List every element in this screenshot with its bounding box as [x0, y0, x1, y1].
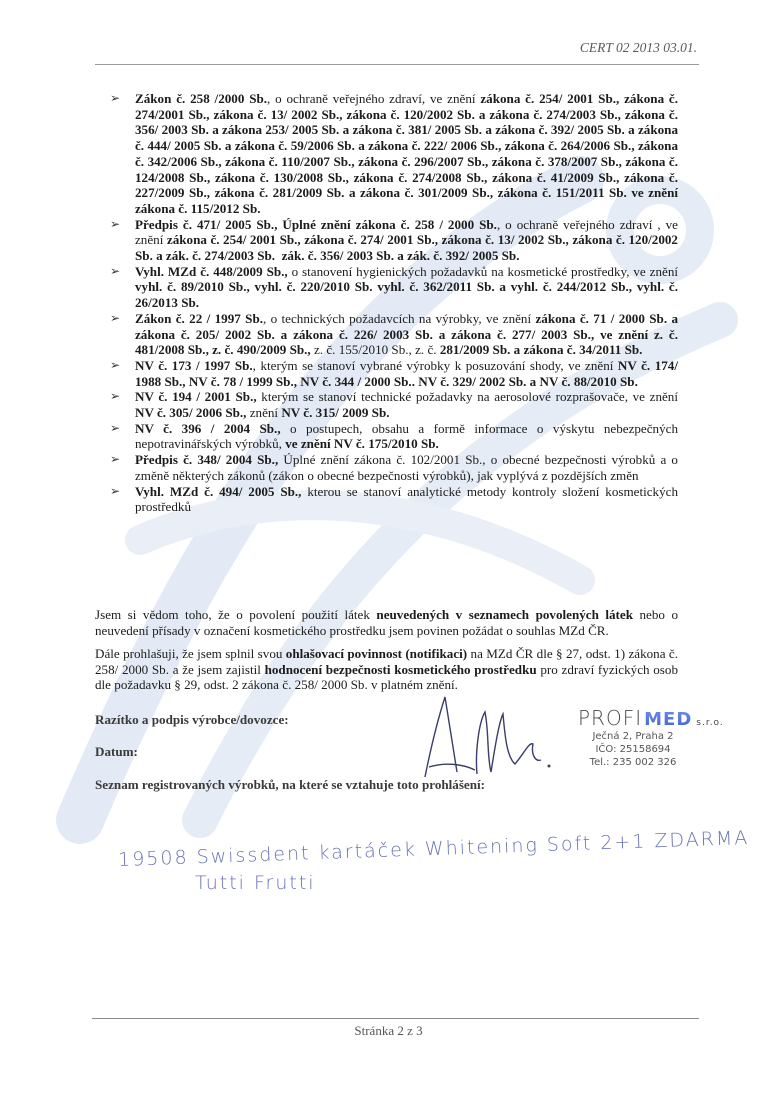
arrow-bullet-icon: ➢	[110, 358, 120, 374]
logo-prefix: PROFI	[578, 706, 642, 730]
legislation-item: ➢Vyhl. MZd č. 448/2009 Sb., o stanovení …	[110, 264, 678, 311]
stamp-address: Ječná 2, Praha 2	[578, 730, 688, 743]
legislation-text: Předpis č. 471/ 2005 Sb., Úplné znění zá…	[135, 217, 678, 263]
arrow-bullet-icon: ➢	[110, 91, 120, 107]
company-logo: PROFIMEDs.r.o.	[578, 706, 728, 730]
page-number: Stránka 2 z 3	[0, 1023, 777, 1039]
stamp-ico: IČO: 25158694	[578, 743, 688, 756]
legislation-item: ➢Vyhl. MZd č. 494/ 2005 Sb., kterou se s…	[110, 484, 678, 515]
legislation-text: NV č. 396 / 2004 Sb., o postupech, obsah…	[135, 421, 678, 452]
legislation-item: ➢NV č. 173 / 1997 Sb., kterým se stanoví…	[110, 358, 678, 389]
legislation-item: ➢Zákon č. 258 /2000 Sb., o ochraně veřej…	[110, 91, 678, 217]
legislation-text: Předpis č. 348/ 2004 Sb., Úplné znění zá…	[135, 452, 678, 483]
arrow-bullet-icon: ➢	[110, 452, 120, 468]
legislation-text: NV č. 194 / 2001 Sb., kterým se stanoví …	[135, 389, 678, 420]
legislation-text: Vyhl. MZd č. 494/ 2005 Sb., kterou se st…	[135, 484, 678, 515]
legislation-item: ➢NV č. 396 / 2004 Sb., o postupech, obsa…	[110, 421, 678, 452]
arrow-bullet-icon: ➢	[110, 389, 120, 405]
legislation-item: ➢Předpis č. 471/ 2005 Sb., Úplné znění z…	[110, 217, 678, 264]
stamp-signature-label: Razítko a podpis výrobce/dovozce:	[95, 712, 289, 728]
legislation-text: Zákon č. 22 / 1997 Sb., o technických po…	[135, 311, 678, 357]
arrow-bullet-icon: ➢	[110, 217, 120, 233]
company-stamp: PROFIMEDs.r.o. Ječná 2, Praha 2 IČO: 251…	[578, 706, 728, 769]
legislation-text: NV č. 173 / 1997 Sb., kterým se stanoví …	[135, 358, 678, 389]
legislation-item: ➢NV č. 194 / 2001 Sb., kterým se stanoví…	[110, 389, 678, 420]
legal-form: s.r.o.	[696, 718, 724, 728]
legislation-text: Vyhl. MZd č. 448/2009 Sb., o stanovení h…	[135, 264, 678, 310]
arrow-bullet-icon: ➢	[110, 311, 120, 327]
declaration-notification: Dále prohlašuji, že jsem splnil svou ohl…	[95, 646, 678, 693]
declaration-unlisted-substances: Jsem si vědom toho, že o povolení použit…	[95, 607, 678, 638]
footer-divider	[92, 1018, 699, 1019]
handwritten-signature	[415, 692, 565, 782]
header-divider	[95, 64, 699, 65]
legislation-list: ➢Zákon č. 258 /2000 Sb., o ochraně veřej…	[110, 91, 678, 515]
stamp-phone: Tel.: 235 002 326	[578, 756, 688, 769]
legislation-item: ➢Zákon č. 22 / 1997 Sb., o technických p…	[110, 311, 678, 358]
date-label: Datum:	[95, 744, 138, 760]
handwritten-product-line-2: Tutti Frutti	[195, 872, 316, 894]
handwritten-product-line-1: 19508 Swissdent kartáček Whitening Soft …	[118, 827, 750, 871]
arrow-bullet-icon: ➢	[110, 421, 120, 437]
arrow-bullet-icon: ➢	[110, 264, 120, 280]
document-reference: CERT 02 2013 03.01.	[580, 40, 697, 56]
legislation-text: Zákon č. 258 /2000 Sb., o ochraně veřejn…	[135, 91, 678, 216]
legislation-item: ➢Předpis č. 348/ 2004 Sb., Úplné znění z…	[110, 452, 678, 483]
logo-suffix: MED	[642, 709, 694, 730]
arrow-bullet-icon: ➢	[110, 484, 120, 500]
